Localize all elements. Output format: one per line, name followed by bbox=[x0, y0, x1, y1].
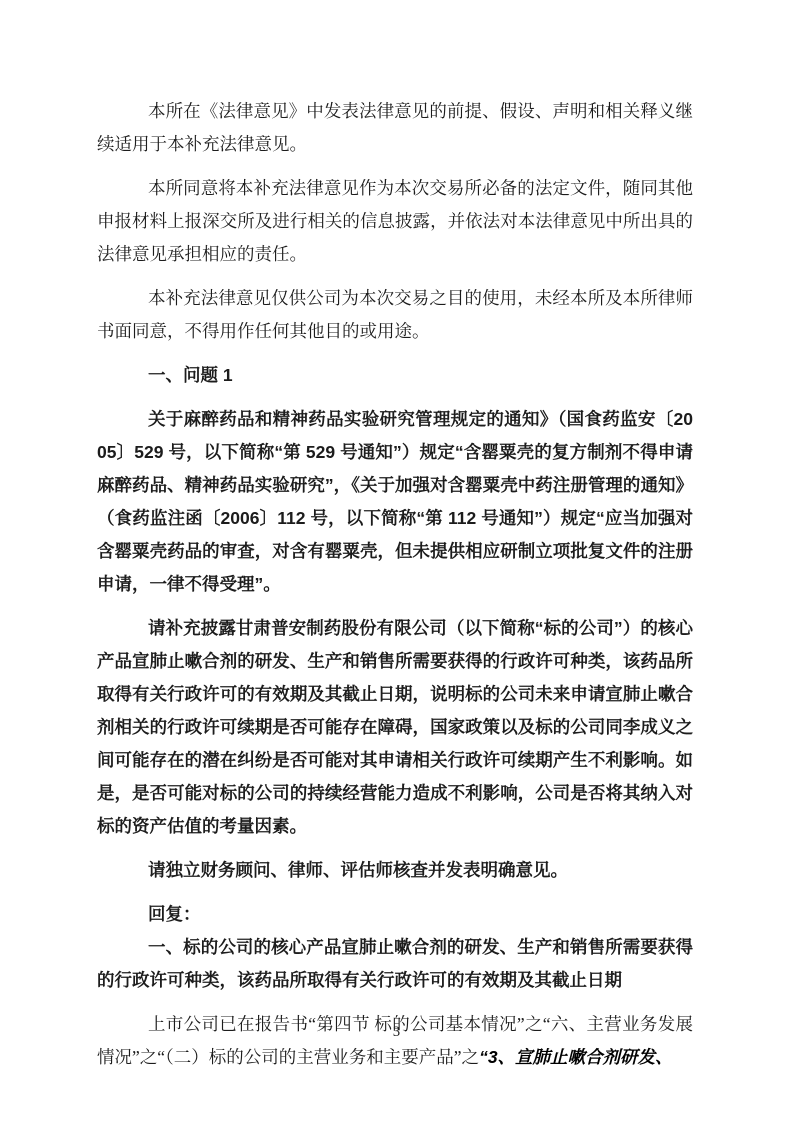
reply-label: 回复： bbox=[97, 898, 693, 931]
heading-question-1: 一、问题 1 bbox=[97, 359, 693, 392]
para-usage-restriction: 本补充法律意见仅供公司为本次交易之目的使用，未经本所及本所律师书面同意，不得用作… bbox=[97, 282, 693, 348]
document-page: 本所在《法律意见》中发表法律意见的前提、假设、声明和相关释义继续适用于本补充法律… bbox=[0, 0, 793, 1122]
report-reference-bold-suffix: “3、宣肺止嗽合剂研发、 bbox=[479, 1047, 672, 1067]
para-verification-request: 请独立财务顾问、律师、评估师核查并发表明确意见。 bbox=[97, 854, 693, 887]
para-question-disclosure-request: 请补充披露甘肃普安制药股份有限公司（以下简称“标的公司”）的核心产品宣肺止嗽合剂… bbox=[97, 612, 693, 843]
para-legal-opinion-premises: 本所在《法律意见》中发表法律意见的前提、假设、声明和相关释义继续适用于本补充法律… bbox=[97, 95, 693, 161]
heading-reply-section-1: 一、标的公司的核心产品宣肺止嗽合剂的研发、生产和销售所需要获得的行政许可种类，该… bbox=[97, 931, 693, 997]
page-number: 3 bbox=[0, 1022, 793, 1042]
para-question-regulations: 关于麻醉药品和精神药品实验研究管理规定的通知》（国食药监安〔2005〕529 号… bbox=[97, 403, 693, 601]
para-transaction-legal-document: 本所同意将本补充法律意见作为本次交易所必备的法定文件，随同其他申报材料上报深交所… bbox=[97, 172, 693, 271]
